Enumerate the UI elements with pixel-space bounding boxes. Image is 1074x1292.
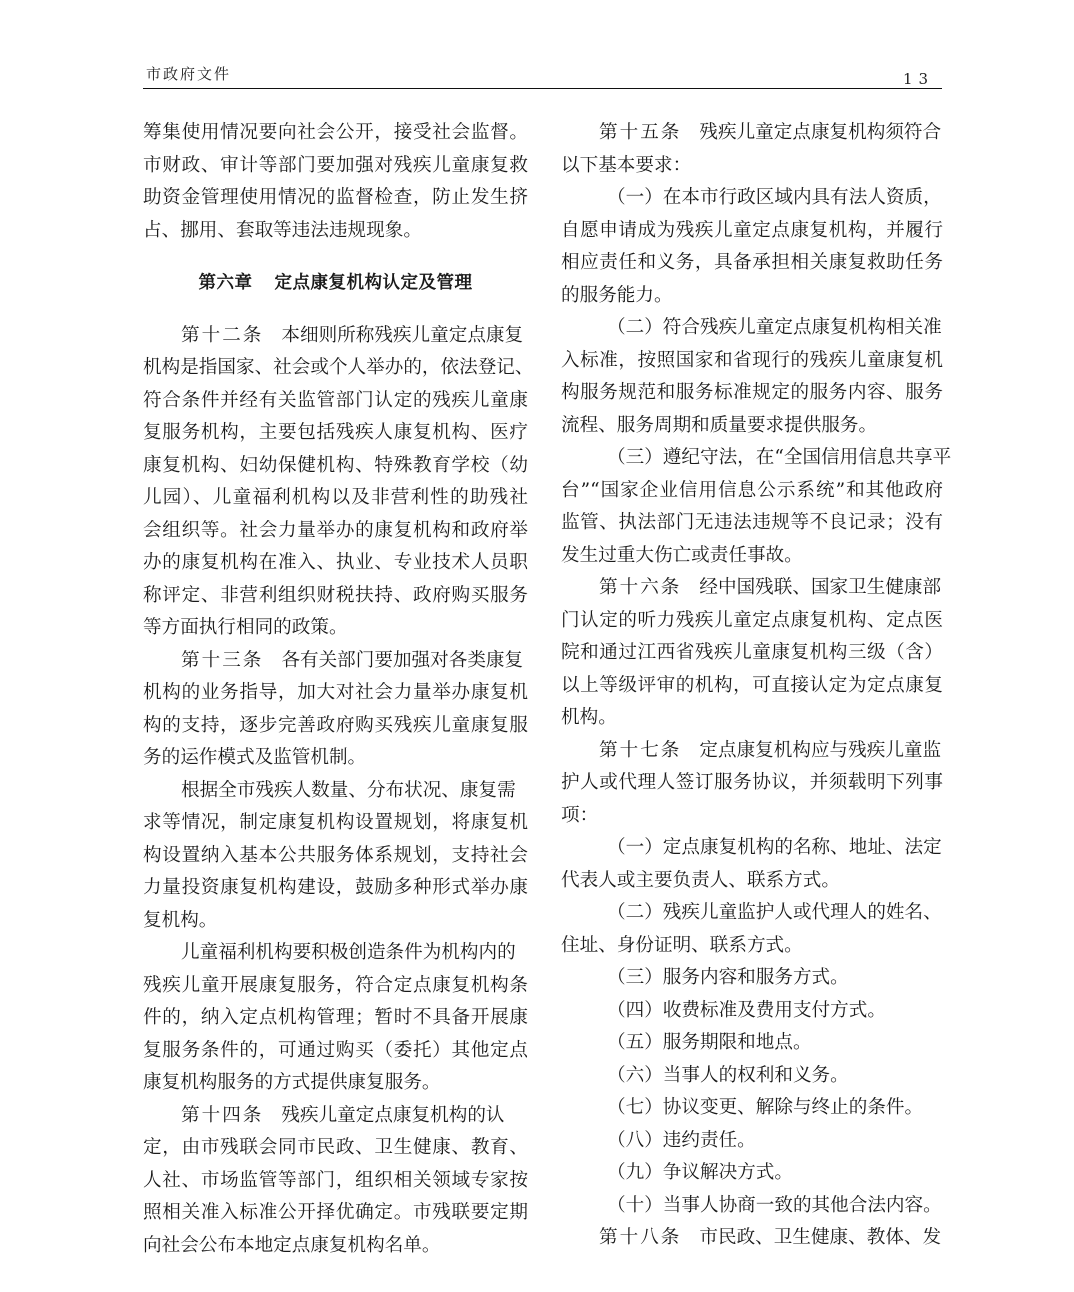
text-line: 符合条件并经有关监管部门认定的残疾儿童康 [143, 385, 528, 418]
list-item-line: （二）残疾儿童监护人或代理人的姓名、 [561, 897, 943, 930]
text-line: 办的康复机构在准入、执业、专业技术人员职 [143, 547, 528, 580]
list-item-line: （二）符合残疾儿童定点康复机构相关准 [561, 312, 943, 345]
text-line: 件的，纳入定点机构管理；暂时不具备开展康 [143, 1002, 528, 1035]
list-item: （六）当事人的权利和义务。 [561, 1060, 943, 1093]
text-line: 自愿申请成为残疾儿童定点康复机构，并履行 [561, 215, 943, 248]
article-label: 第十六条 [599, 572, 681, 605]
text-line: 院和通过江西省残疾儿童康复机构三级（含） [561, 637, 943, 670]
intro-paragraph: 筹集使用情况要向社会公开，接受社会监督。 市财政、审计等部门要加强对残疾儿童康复… [143, 117, 528, 247]
text-line: 儿园）、儿童福利机构以及非营利性的助残社 [143, 482, 528, 515]
header-divider [143, 88, 942, 89]
text-line: 康复机构服务的方式提供康复服务。 [143, 1067, 528, 1100]
text-line: 助资金管理使用情况的监督检查，防止发生挤 [143, 182, 528, 215]
text-line: 占、挪用、套取等违法违规现象。 [143, 215, 528, 248]
text-line: 住址、身份证明、联系方式。 [561, 930, 943, 963]
text-line: 第十二条本细则所称残疾儿童定点康复 [143, 320, 528, 353]
list-item: （八）违约责任。 [561, 1125, 943, 1158]
text-line: 根据全市残疾人数量、分布状况、康复需 [143, 775, 528, 808]
page-number: 13 [903, 70, 934, 88]
article-label: 第十三条 [181, 645, 263, 678]
article-label: 第十七条 [599, 735, 681, 768]
article-label: 第十五条 [599, 117, 681, 150]
text-line: 入标准，按照国家和省现行的残疾儿童康复机 [561, 345, 943, 378]
text-line: 门认定的听力残疾儿童定点康复机构、定点医 [561, 605, 943, 638]
article-label: 第十二条 [181, 320, 263, 353]
text-line: 项： [561, 800, 943, 833]
article-13: 第十三条各有关部门要加强对各类康复 机构的业务指导，加大对社会力量举办康复机 构… [143, 645, 528, 1100]
text-line: 人社、市场监管等部门，组织相关领域专家按 [143, 1165, 528, 1198]
list-item: （九）争议解决方式。 [561, 1157, 943, 1190]
text-line: 机构的业务指导，加大对社会力量举办康复机 [143, 677, 528, 710]
text-line: 构的支持，逐步完善政府购买残疾儿童康复服 [143, 710, 528, 743]
article-14: 第十四条残疾儿童定点康复机构的认 定，由市残联会同市民政、卫生健康、教育、 人社… [143, 1100, 528, 1263]
text-line: 复机构。 [143, 905, 528, 938]
text-line: 流程、服务周期和质量要求提供服务。 [561, 410, 943, 443]
chapter-heading: 第六章定点康复机构认定及管理 [143, 267, 528, 300]
text-line: 第十七条定点康复机构应与残疾儿童监 [561, 735, 943, 768]
text-line: 构服务规范和服务标准规定的服务内容、服务 [561, 377, 943, 410]
text-line: 复服务机构，主要包括残疾人康复机构、医疗 [143, 417, 528, 450]
article-15: 第十五条残疾儿童定点康复机构须符合 以下基本要求： （一）在本市行政区域内具有法… [561, 117, 943, 572]
text-line: 的服务能力。 [561, 280, 943, 313]
text-line: 第十六条经中国残联、国家卫生健康部 [561, 572, 943, 605]
list-item: （四）收费标准及费用支付方式。 [561, 995, 943, 1028]
text-line: 力量投资康复机构建设，鼓励多种形式举办康 [143, 872, 528, 905]
article-16: 第十六条经中国残联、国家卫生健康部 门认定的听力残疾儿童定点康复机构、定点医 院… [561, 572, 943, 735]
text-line: 称评定、非营利组织财税扶持、政府购买服务 [143, 580, 528, 613]
text-line: 复服务条件的，可通过购买（委托）其他定点 [143, 1035, 528, 1068]
article-label: 第十四条 [181, 1100, 263, 1133]
chapter-title: 定点康复机构认定及管理 [275, 273, 473, 293]
text-line: 第十四条残疾儿童定点康复机构的认 [143, 1100, 528, 1133]
text-line: 筹集使用情况要向社会公开，接受社会监督。 [143, 117, 528, 150]
text-line: 第十八条市民政、卫生健康、教体、发 [561, 1222, 943, 1255]
text-line: 代表人或主要负责人、联系方式。 [561, 865, 943, 898]
text-line: 市财政、审计等部门要加强对残疾儿童康复救 [143, 150, 528, 183]
list-item-line: （一）在本市行政区域内具有法人资质， [561, 182, 943, 215]
text-line: 机构是指国家、社会或个人举办的，依法登记、 [143, 352, 528, 385]
header-title: 市政府文件 [146, 63, 231, 84]
article-label: 第十八条 [599, 1222, 681, 1255]
text-line: 以上等级评审的机构，可直接认定为定点康复 [561, 670, 943, 703]
text-line: 机构。 [561, 702, 943, 735]
article-12: 第十二条本细则所称残疾儿童定点康复 机构是指国家、社会或个人举办的，依法登记、 … [143, 320, 528, 645]
text-line: 监管、执法部门无违法违规等不良记录；没有 [561, 507, 943, 540]
text-line: 残疾儿童开展康复服务，符合定点康复机构条 [143, 970, 528, 1003]
text-line: 台”“国家企业信用信息公示系统”和其他政府 [561, 475, 943, 508]
list-item-line: （一）定点康复机构的名称、地址、法定 [561, 832, 943, 865]
text-line: 向社会公布本地定点康复机构名单。 [143, 1230, 528, 1263]
left-column: 筹集使用情况要向社会公开，接受社会监督。 市财政、审计等部门要加强对残疾儿童康复… [143, 117, 528, 1262]
text-line: 以下基本要求： [561, 150, 943, 183]
list-item: （七）协议变更、解除与终止的条件。 [561, 1092, 943, 1125]
article-17: 第十七条定点康复机构应与残疾儿童监 护人或代理人签订服务协议，并须载明下列事 项… [561, 735, 943, 1223]
text-line: 发生过重大伤亡或责任事故。 [561, 540, 943, 573]
text-line: 第十三条各有关部门要加强对各类康复 [143, 645, 528, 678]
right-column: 第十五条残疾儿童定点康复机构须符合 以下基本要求： （一）在本市行政区域内具有法… [561, 117, 943, 1255]
list-item: （三）服务内容和服务方式。 [561, 962, 943, 995]
text-line: 求等情况，制定康复机构设置规划，将康复机 [143, 807, 528, 840]
article-18: 第十八条市民政、卫生健康、教体、发 [561, 1222, 943, 1255]
text-line: 等方面执行相同的政策。 [143, 612, 528, 645]
text-line: 护人或代理人签订服务协议，并须载明下列事 [561, 767, 943, 800]
list-item: （十）当事人协商一致的其他合法内容。 [561, 1190, 943, 1223]
text-line: 定，由市残联会同市民政、卫生健康、教育、 [143, 1132, 528, 1165]
text-line: 第十五条残疾儿童定点康复机构须符合 [561, 117, 943, 150]
text-line: 相应责任和义务，具备承担相关康复救助任务 [561, 247, 943, 280]
list-item-line: （三）遵纪守法，在“全国信用信息共享平 [561, 442, 943, 475]
text-line: 务的运作模式及监管机制。 [143, 742, 528, 775]
chapter-number: 第六章 [199, 273, 253, 293]
text-line: 会组织等。社会力量举办的康复机构和政府举 [143, 515, 528, 548]
list-item: （五）服务期限和地点。 [561, 1027, 943, 1060]
text-line: 儿童福利机构要积极创造条件为机构内的 [143, 937, 528, 970]
text-line: 照相关准入标准公开择优确定。市残联要定期 [143, 1197, 528, 1230]
text-line: 康复机构、妇幼保健机构、特殊教育学校（幼 [143, 450, 528, 483]
text-line: 构设置纳入基本公共服务体系规划，支持社会 [143, 840, 528, 873]
